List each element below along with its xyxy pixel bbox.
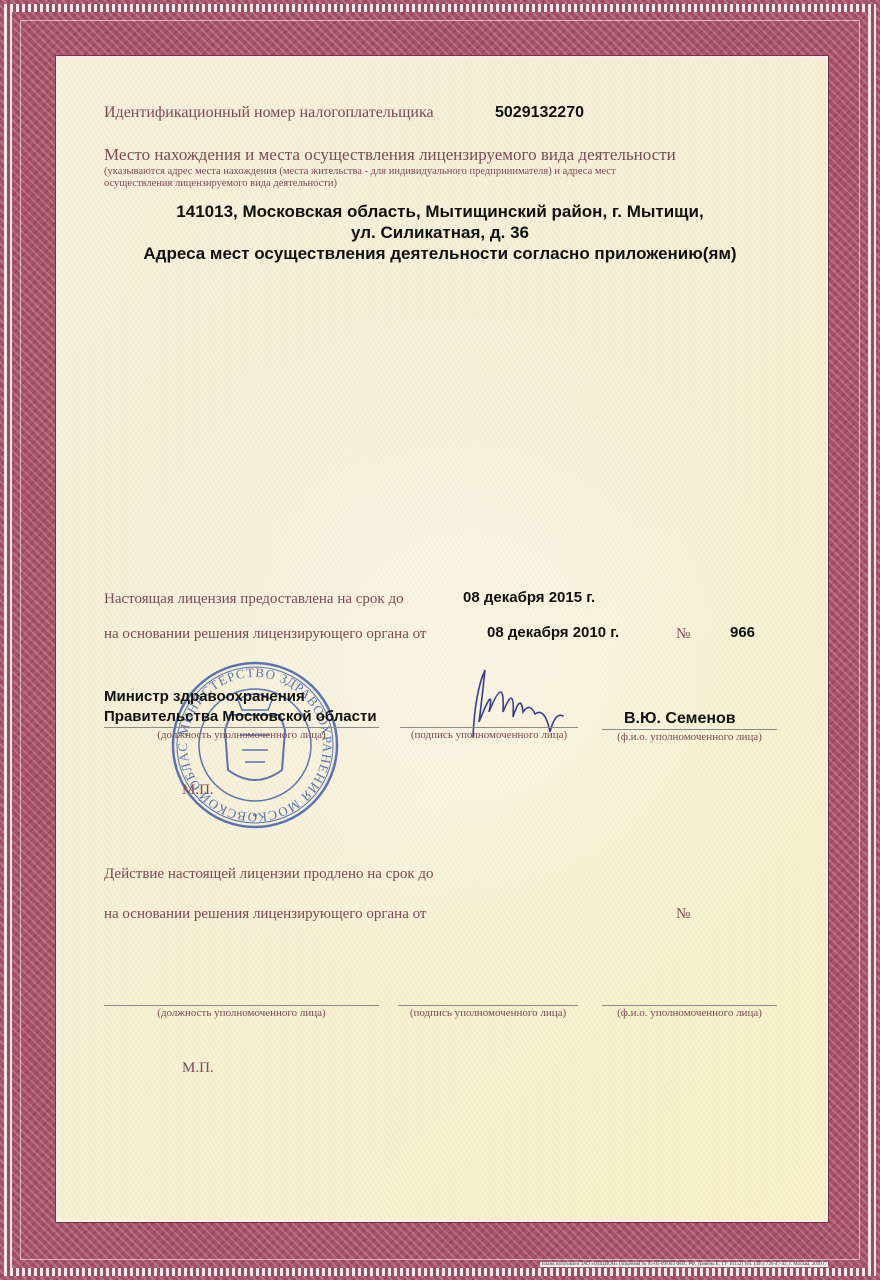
license-term-label: Настоящая лицензия предоставлена на срок… — [104, 591, 404, 608]
extension-signature-caption: (подпись уполномоченного лица) — [398, 1007, 578, 1019]
license-term-value: 08 декабря 2015 г. — [463, 589, 595, 606]
official-stamp-icon: МИНИСТЕРСТВО ЗДРАВООХРАНЕНИЯ МОСКОВСКОЙ … — [170, 660, 340, 830]
signature-caption: (подпись уполномоченного лица) — [400, 729, 578, 741]
license-number-sign: № — [676, 626, 690, 643]
location-note-line1: (указываются адрес места нахождения (мес… — [104, 166, 616, 178]
location-note-line2: осуществления лицензируемого вида деятел… — [104, 178, 337, 190]
position-underline — [104, 727, 379, 728]
svg-text:*: * — [253, 812, 258, 823]
license-basis-label: на основании решения лицензирующего орга… — [104, 626, 426, 643]
license-number-value: 966 — [730, 624, 755, 641]
signatory-name: В.Ю. Семенов — [624, 710, 736, 728]
extension-seal-label: М.П. — [182, 1060, 214, 1077]
signature-underline — [400, 727, 578, 728]
signatory-position-line2: Правительства Московской области — [104, 708, 377, 725]
location-heading: Место нахождения и места осуществления л… — [104, 145, 676, 165]
inn-label: Идентификационный номер налогоплательщик… — [104, 104, 434, 122]
inn-value: 5029132270 — [495, 104, 584, 122]
extension-number-sign: № — [676, 906, 690, 923]
extension-position-underline — [104, 1005, 379, 1006]
extension-name-underline — [602, 1005, 777, 1006]
printer-fine-print: Бланк изготовлен ЗАО «ОПЦИОН» (лицензия … — [540, 1262, 828, 1267]
extension-basis-label: на основании решения лицензирующего орга… — [104, 906, 426, 923]
signatory-position-line1: Министр здравоохранения — [104, 688, 305, 705]
extension-term-label: Действие настоящей лицензии продлено на … — [104, 866, 434, 883]
address-line1: 141013, Московская область, Мытищинский … — [0, 202, 880, 222]
extension-signature-underline — [398, 1005, 578, 1006]
name-caption: (ф.и.о. уполномоченного лица) — [602, 731, 777, 743]
address-line2: ул. Силикатная, д. 36 — [0, 223, 880, 243]
name-underline — [602, 729, 777, 730]
license-basis-date: 08 декабря 2010 г. — [487, 624, 619, 641]
address-line3: Адреса мест осуществления деятельности с… — [0, 244, 880, 264]
extension-position-caption: (должность уполномоченного лица) — [104, 1007, 379, 1019]
position-caption: (должность уполномоченного лица) — [104, 729, 379, 741]
extension-name-caption: (ф.и.о. уполномоченного лица) — [602, 1007, 777, 1019]
seal-label: М.П. — [182, 782, 214, 799]
